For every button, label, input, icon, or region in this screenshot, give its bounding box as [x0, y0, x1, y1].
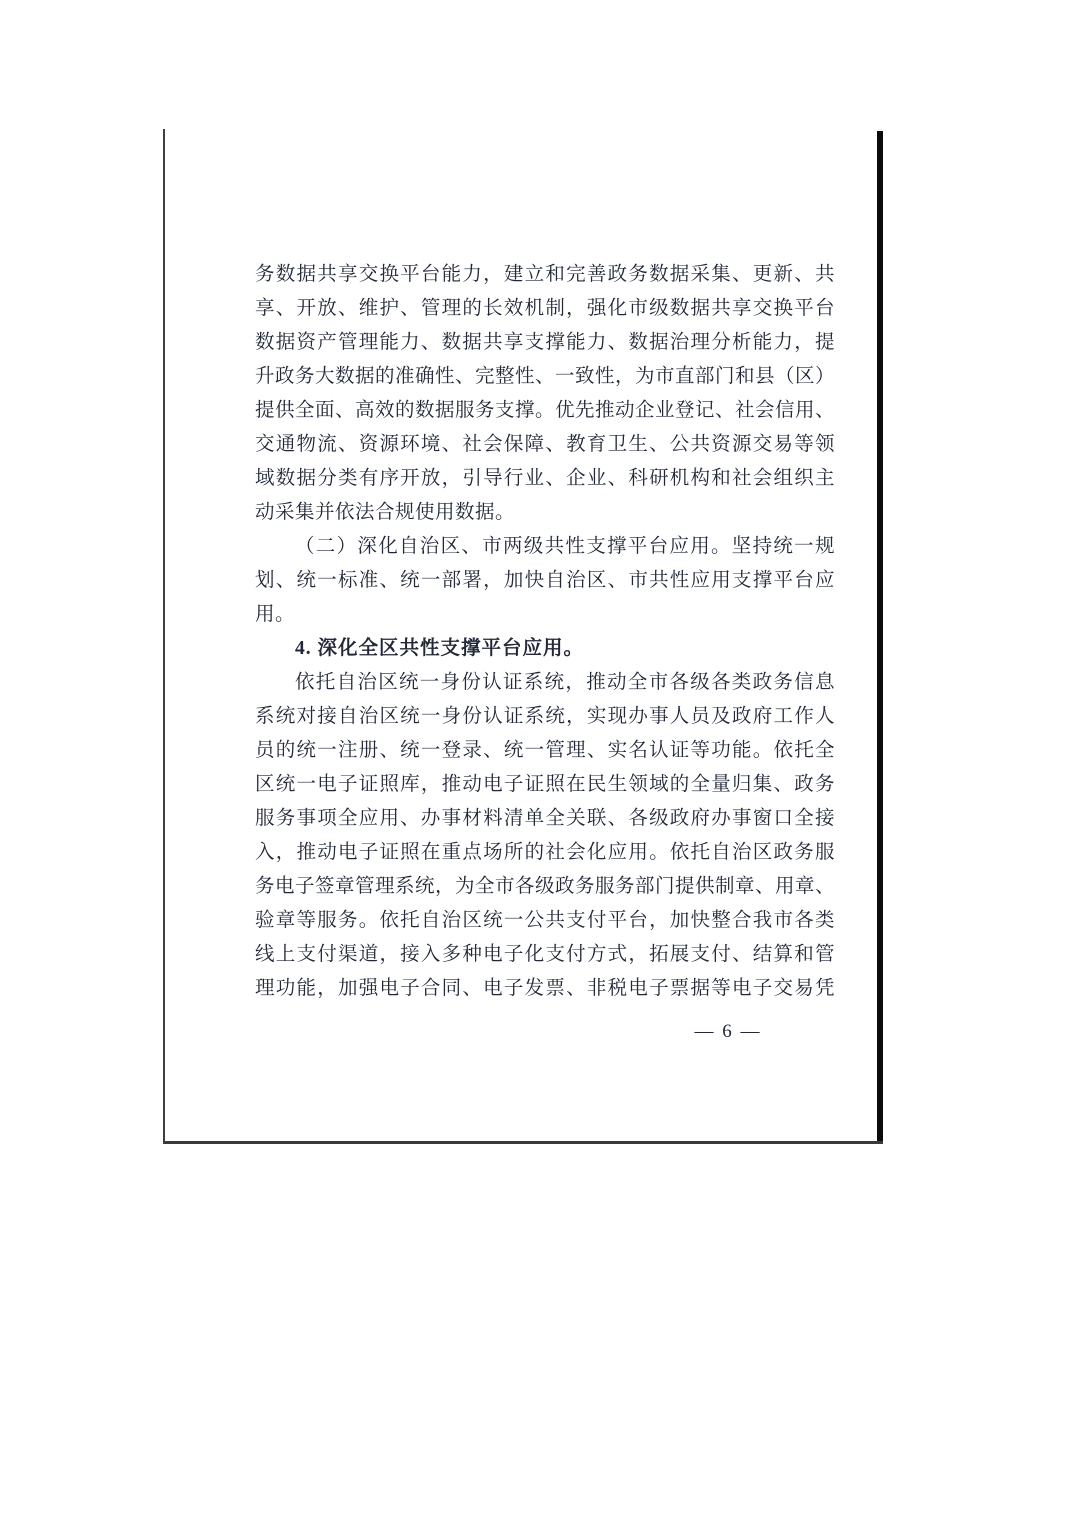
page-right-edge-band: [877, 131, 883, 1144]
text-line: 用。: [255, 598, 835, 632]
text-line: 线上支付渠道，接入多种电子化支付方式，拓展支付、结算和管: [255, 938, 835, 972]
text-line: 数据资产管理能力、数据共享支撑能力、数据治理分析能力，提: [255, 326, 835, 360]
text-line: 依托自治区统一身份认证系统，推动全市各级各类政务信息: [255, 666, 835, 700]
numbered-subheading: 4. 深化全区共性支撑平台应用。: [255, 632, 835, 666]
text-line: 员的统一注册、统一登录、统一管理、实名认证等功能。依托全: [255, 734, 835, 768]
page-number: — 6 —: [663, 1019, 793, 1045]
text-line: 升政务大数据的准确性、完整性、一致性，为市直部门和县（区）: [255, 360, 835, 394]
text-line: 系统对接自治区统一身份认证系统，实现办事人员及政府工作人: [255, 700, 835, 734]
text-line: 入，推动电子证照在重点场所的社会化应用。依托自治区政务服: [255, 836, 835, 870]
text-line: 服务事项全应用、办事材料清单全关联、各级政府办事窗口全接: [255, 802, 835, 836]
text-line: 验章等服务。依托自治区统一公共支付平台，加快整合我市各类: [255, 904, 835, 938]
page-bottom-edge-line: [163, 1141, 883, 1144]
text-line: 享、开放、维护、管理的长效机制，强化市级数据共享交换平台: [255, 292, 835, 326]
text-line: 理功能，加强电子合同、电子发票、非税电子票据等电子交易凭: [255, 972, 835, 1006]
text-line: 划、统一标准、统一部署，加快自治区、市共性应用支撑平台应: [255, 564, 835, 598]
scanned-document-page: 务数据共享交换平台能力，建立和完善政务数据采集、更新、共 享、开放、维护、管理的…: [0, 0, 1074, 1520]
text-line: 务电子签章管理系统，为全市各级政务服务部门提供制章、用章、: [255, 870, 835, 904]
text-line: 域数据分类有序开放，引导行业、企业、科研机构和社会组织主: [255, 462, 835, 496]
text-line: 提供全面、高效的数据服务支撑。优先推动企业登记、社会信用、: [255, 394, 835, 428]
text-line: 区统一电子证照库，推动电子证照在民生领域的全量归集、政务: [255, 768, 835, 802]
text-line: 动采集并依法合规使用数据。: [255, 496, 835, 530]
document-body-text: 务数据共享交换平台能力，建立和完善政务数据采集、更新、共 享、开放、维护、管理的…: [255, 258, 835, 1006]
page-left-edge-line: [163, 129, 165, 1143]
section-heading-line: （二）深化自治区、市两级共性支撑平台应用。坚持统一规: [255, 530, 835, 564]
text-line: 交通物流、资源环境、社会保障、教育卫生、公共资源交易等领: [255, 428, 835, 462]
text-line: 务数据共享交换平台能力，建立和完善政务数据采集、更新、共: [255, 258, 835, 292]
